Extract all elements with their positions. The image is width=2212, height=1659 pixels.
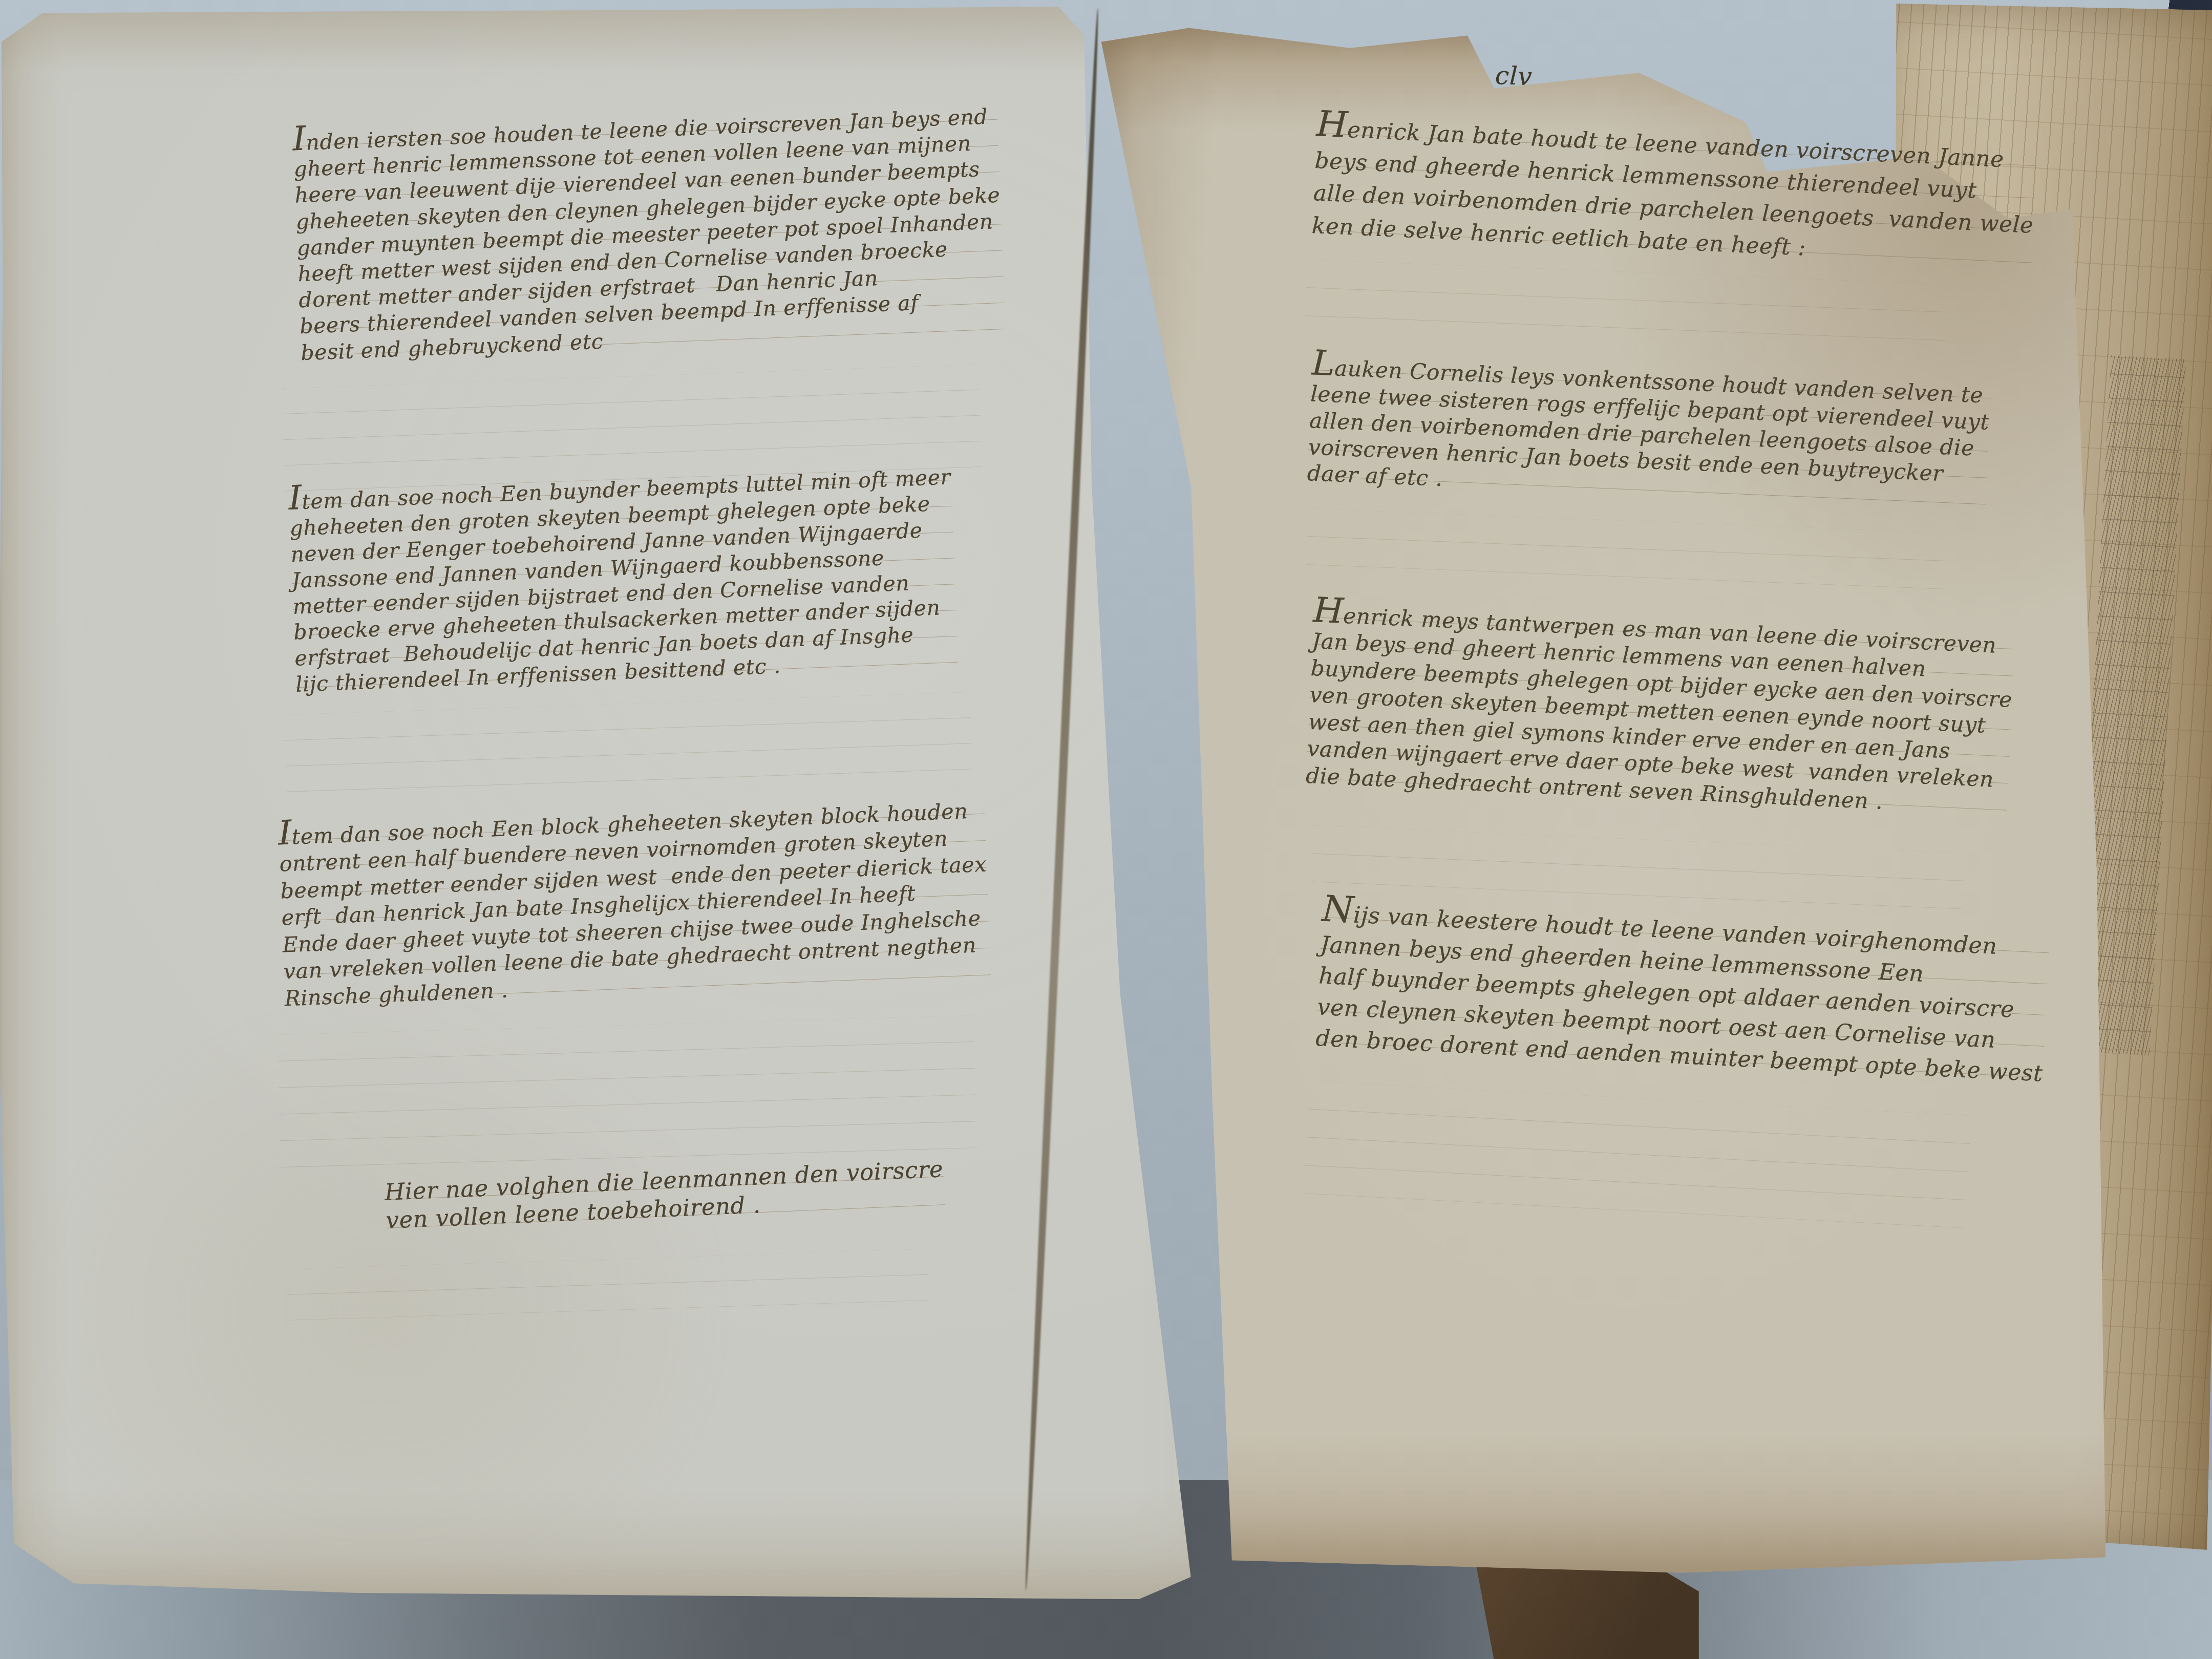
right-paragraph-2: Lauken Cornelis leys vonkentssone houdt … <box>1307 349 1991 515</box>
left-paragraph-2: Item dan soe noch Een buynder beempts lu… <box>288 460 959 698</box>
folio-number: clv <box>1495 61 1533 92</box>
right-paragraph-3: Henrick meys tantwerpen es man van leene… <box>1306 597 2016 821</box>
left-paragraph-1: Inden iersten soe houden te leene die vo… <box>292 99 1006 366</box>
left-paragraph-3: Item dan soe noch Een block gheheeten sk… <box>278 793 991 1012</box>
ruled-blank-lines <box>277 1015 977 1171</box>
manuscript-photo: Inden iersten soe houden te leene die vo… <box>0 0 2212 1659</box>
